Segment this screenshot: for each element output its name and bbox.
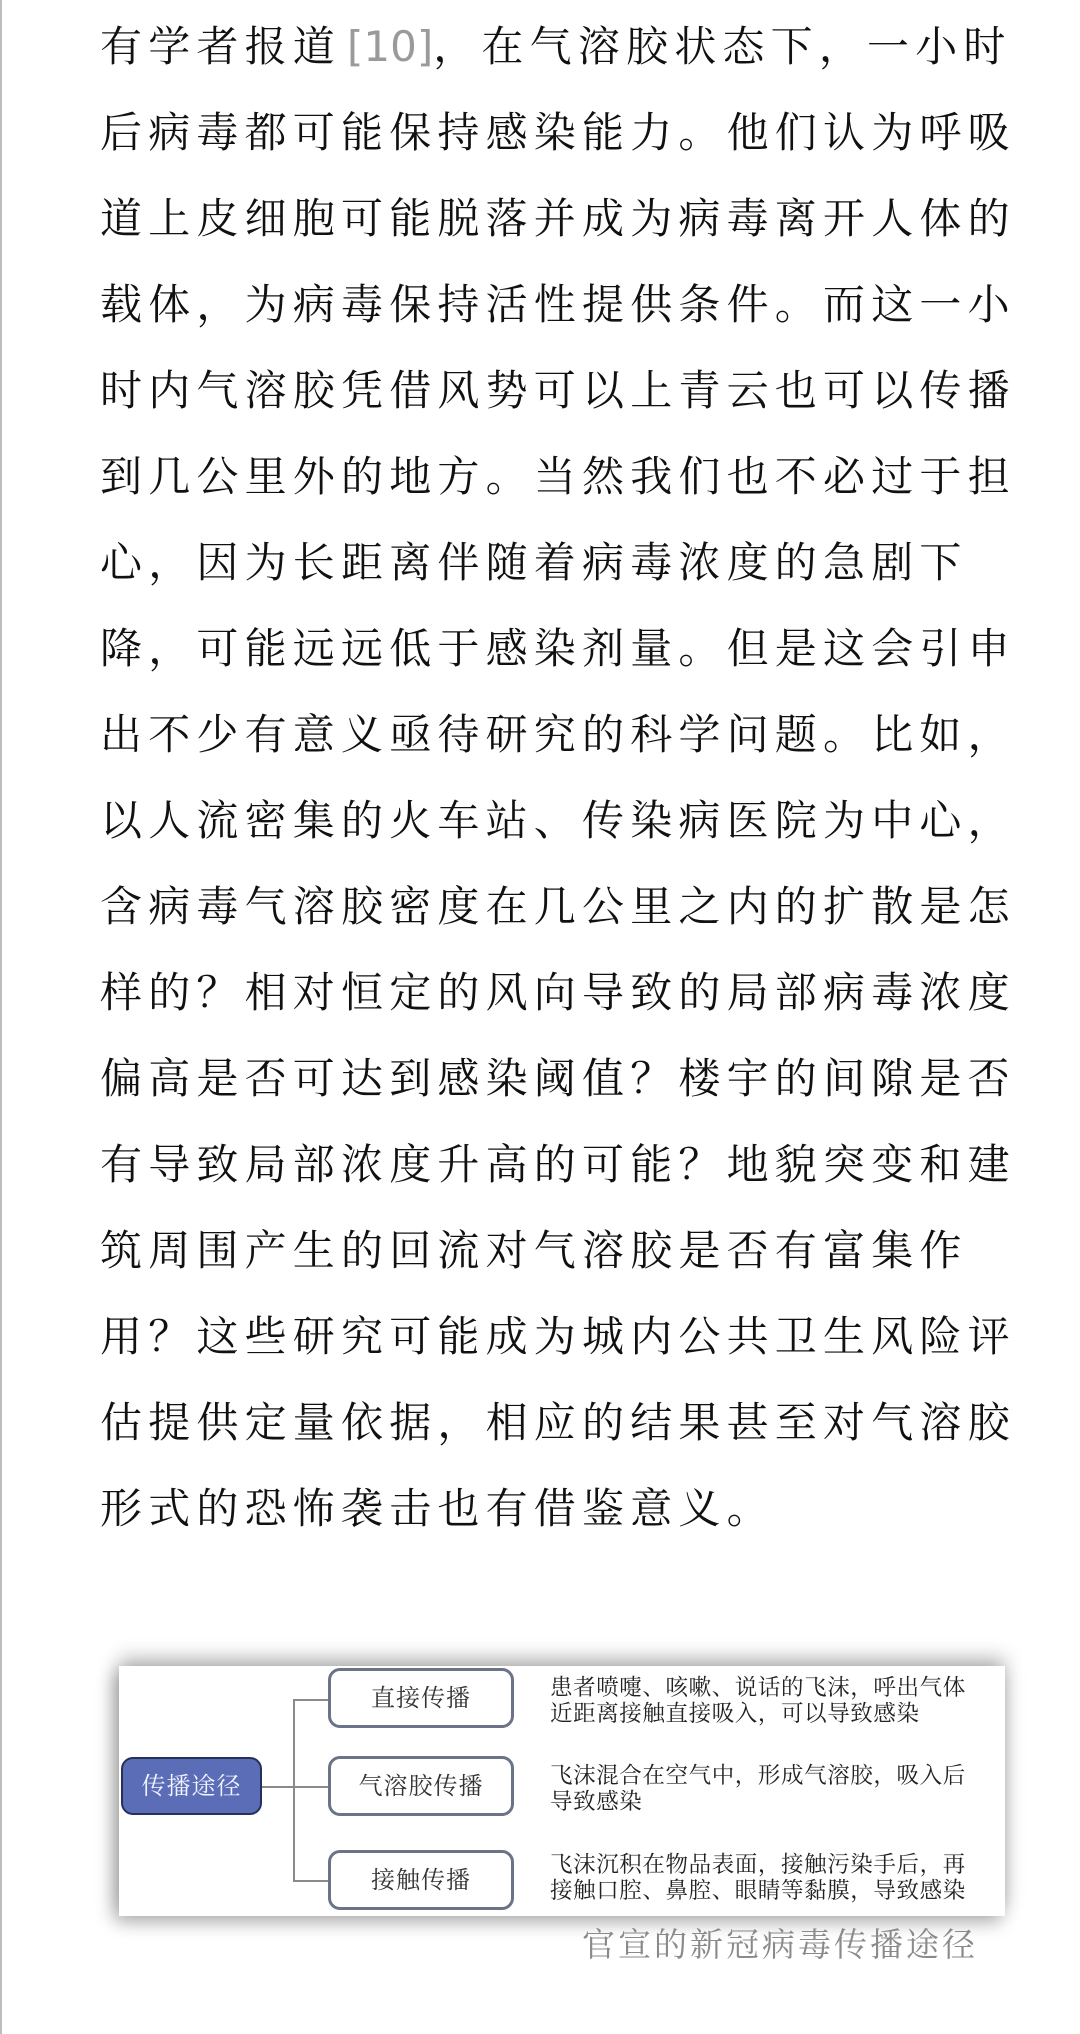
line-text: 有学者报道 bbox=[100, 22, 341, 71]
branch-node-aerosol: 气溶胶传播 bbox=[328, 1756, 514, 1816]
desc-line: 接触口腔、鼻腔、眼睛等黏膜，导致感染 bbox=[550, 1878, 1005, 1904]
line-text: ，在气溶胶状态下，一小时 bbox=[433, 22, 1011, 71]
paragraph-line: 出不少有意义亟待研究的科学问题。比如， bbox=[100, 692, 980, 778]
connector-vertical bbox=[293, 1699, 295, 1881]
branch-node-direct: 直接传播 bbox=[328, 1668, 514, 1728]
connector-branch-3 bbox=[293, 1880, 328, 1882]
transmission-diagram-image[interactable]: 传播途径 直接传播 气溶胶传播 接触传播 患者喷嚏、咳嗽、说话的飞沫，呼出气体 … bbox=[119, 1666, 1005, 1916]
figure-caption: 官宣的新冠病毒传播途径 bbox=[582, 1922, 978, 1968]
desc-line: 患者喷嚏、咳嗽、说话的飞沫，呼出气体 bbox=[550, 1675, 1005, 1701]
paragraph-line: 有导致局部浓度升高的可能？地貌突变和建 bbox=[100, 1122, 980, 1208]
page-left-border bbox=[0, 0, 2, 2034]
paragraph-line: 时内气溶胶凭借风势可以上青云也可以传播 bbox=[100, 348, 980, 434]
paragraph-line: 后病毒都可能保持感染能力。他们认为呼吸 bbox=[100, 90, 980, 176]
paragraph-line: 到几公里外的地方。当然我们也不必过于担 bbox=[100, 434, 980, 520]
paragraph-line: 偏高是否可达到感染阈值？楼宇的间隙是否 bbox=[100, 1036, 980, 1122]
citation-link[interactable]: [10] bbox=[347, 22, 433, 71]
paragraph-line: 有学者报道[10]，在气溶胶状态下，一小时 bbox=[100, 4, 980, 90]
desc-line: 导致感染 bbox=[550, 1789, 1005, 1815]
paragraph-line: 载体，为病毒保持活性提供条件。而这一小 bbox=[100, 262, 980, 348]
paragraph-line: 含病毒气溶胶密度在几公里之内的扩散是怎 bbox=[100, 864, 980, 950]
desc-line: 飞沫混合在空气中，形成气溶胶，吸入后 bbox=[550, 1763, 1005, 1789]
branch-node-contact: 接触传播 bbox=[328, 1850, 514, 1910]
paragraph-line: 估提供定量依据，相应的结果甚至对气溶胶 bbox=[100, 1380, 980, 1466]
root-node: 传播途径 bbox=[121, 1757, 262, 1815]
paragraph-line: 心，因为长距离伴随着病毒浓度的急剧下 bbox=[100, 520, 980, 606]
desc-line: 近距离接触直接吸入，可以导致感染 bbox=[550, 1701, 1005, 1727]
connector-branch-1 bbox=[293, 1699, 328, 1701]
branch-desc-direct: 患者喷嚏、咳嗽、说话的飞沫，呼出气体 近距离接触直接吸入，可以导致感染 bbox=[550, 1675, 1005, 1727]
paragraph-line: 降，可能远远低于感染剂量。但是这会引申 bbox=[100, 606, 980, 692]
paragraph-line: 形式的恐怖袭击也有借鉴意义。 bbox=[100, 1466, 980, 1552]
paragraph-line: 样的？相对恒定的风向导致的局部病毒浓度 bbox=[100, 950, 980, 1036]
desc-line: 飞沫沉积在物品表面，接触污染手后，再 bbox=[550, 1852, 1005, 1878]
paragraph-line: 筑周围产生的回流对气溶胶是否有富集作 bbox=[100, 1208, 980, 1294]
article-body: 有学者报道[10]，在气溶胶状态下，一小时 后病毒都可能保持感染能力。他们认为呼… bbox=[100, 4, 980, 1552]
paragraph-line: 用？这些研究可能成为城内公共卫生风险评 bbox=[100, 1294, 980, 1380]
connector-root-horizontal bbox=[262, 1786, 328, 1788]
paragraph-line: 道上皮细胞可能脱落并成为病毒离开人体的 bbox=[100, 176, 980, 262]
branch-desc-contact: 飞沫沉积在物品表面，接触污染手后，再 接触口腔、鼻腔、眼睛等黏膜，导致感染 bbox=[550, 1852, 1005, 1904]
branch-desc-aerosol: 飞沫混合在空气中，形成气溶胶，吸入后 导致感染 bbox=[550, 1763, 1005, 1815]
paragraph-line: 以人流密集的火车站、传染病医院为中心， bbox=[100, 778, 980, 864]
